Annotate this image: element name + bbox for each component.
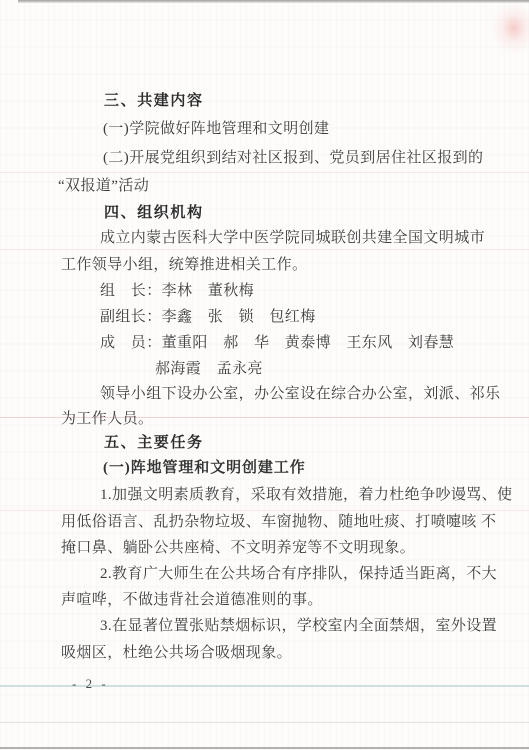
- doc-line-members: 成 员：董重阳 郝 华 黄泰博 王东风 刘春慧: [100, 333, 454, 354]
- doc-line: 工作领导小组，统筹推进相关工作。: [61, 255, 307, 276]
- doc-line: 成立内蒙古医科大学中医学院同城联创共建全国文明城市: [100, 228, 485, 249]
- scan-artifact-line: [0, 249, 529, 250]
- doc-line-group-leader: 组 长：李林 董秋梅: [100, 281, 254, 302]
- doc-line-deputy-leaders: 副组长：李鑫 张 锁 包红梅: [100, 307, 316, 328]
- doc-line: 为工作人员。: [61, 409, 153, 430]
- doc-line: 用低俗语言、乱扔杂物垃圾、车窗抛物、随地吐痰、打喷嚏咳 不: [61, 512, 496, 533]
- doc-line: 2.教育广大师生在公共场合有序排队，保持适当距离，不大: [100, 564, 497, 585]
- doc-line: “双报道”活动: [58, 176, 149, 197]
- corner-ink-smudge: [491, 2, 529, 54]
- doc-line: 吸烟区，杜绝公共场合吸烟现象。: [61, 643, 292, 664]
- scan-artifact-line: [0, 172, 529, 173]
- doc-line-members: 郝海霞 孟永亮: [155, 359, 263, 380]
- scan-top-edge: [18, 0, 529, 3]
- doc-line: (二)开展党组织到结对社区报到、党员到居住社区报到的: [103, 148, 483, 169]
- doc-line: 领导小组下设办公室，办公室设在综合办公室，刘派、祁乐: [100, 384, 500, 405]
- doc-line: 掩口鼻、躺卧公共座椅、不文明养宠等不文明现象。: [61, 538, 415, 559]
- section-heading-main-tasks: 五、主要任务: [104, 432, 204, 453]
- section-heading-co-construction: 三、共建内容: [104, 90, 204, 111]
- scan-artifact-line: [0, 510, 529, 511]
- scanned-document-page: 三、共建内容 (一)学院做好阵地管理和文明创建 (二)开展党组织到结对社区报到、…: [0, 0, 529, 750]
- doc-line: 3.在显著位置张贴禁烟标识，学校室内全面禁烟，室外设置: [100, 616, 497, 637]
- doc-line: (一)学院做好阵地管理和文明创建: [103, 119, 329, 140]
- subsection-heading: (一)阵地管理和文明创建工作: [103, 458, 306, 479]
- scan-bottom-edge: [0, 747, 529, 749]
- doc-line: 声喧哗，不做违背社会道德准则的事。: [61, 590, 323, 611]
- page-number: - 2 -: [72, 676, 109, 692]
- scan-artifact-line: [0, 722, 529, 723]
- section-heading-organization: 四、组织机构: [104, 202, 204, 223]
- doc-line: 1.加强文明素质教育，采取有效措施，着力杜绝争吵谩骂、使: [100, 485, 512, 506]
